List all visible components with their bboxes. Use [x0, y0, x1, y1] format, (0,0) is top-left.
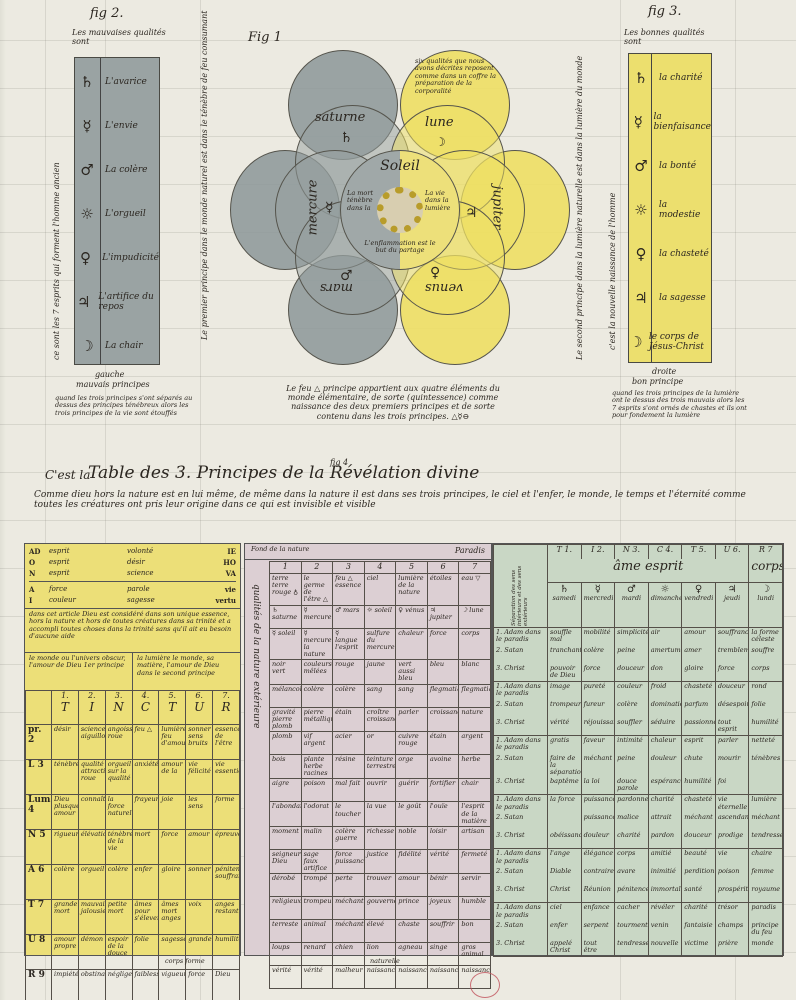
green-row: 1. Adam dans le paradisla forcepuissance… [494, 795, 783, 813]
pink-cell: chien [333, 943, 365, 966]
pink-cell: ☼ soleil [364, 605, 396, 628]
green-col-head: T 5. [682, 545, 716, 560]
green-cell: Christ [548, 885, 582, 903]
fig2-quality-row: ♄L'avarice [75, 72, 159, 92]
green-cell: intimité [615, 736, 649, 754]
pink-cell: mélancolie [270, 684, 302, 707]
mercury-icon: ☿ [629, 113, 648, 131]
pink-col-num: 7 [459, 562, 491, 574]
yellow-cell: négligence [105, 970, 132, 1000]
green-cell: venin [648, 921, 682, 939]
pink-cell: moment [270, 826, 302, 849]
yellow-row-label: N 5 [26, 830, 52, 865]
jupiter-icon: ♃ [465, 205, 478, 221]
fig2-quality-row: ☼L'orgueil [75, 204, 159, 224]
pink-col-num: 1 [270, 562, 302, 574]
yellow-cell: élévation [78, 830, 105, 865]
yellow-header-row: OespritdésirHO [29, 557, 236, 568]
pink-cell: argent [459, 731, 491, 754]
pink-cell: teinture terrestre [364, 754, 396, 778]
pink-title-left: Fond de la nature [251, 546, 309, 557]
pink-cell: bon [459, 920, 491, 943]
yellow-cell: sonner [186, 865, 213, 900]
fig2-quality-row: ♂La colère [75, 160, 159, 180]
manuscript-page: fig 2. Les mauvaises qualités sont ♄L'av… [0, 0, 796, 1000]
pink-row: terresteanimalméchantélevéchastesouffrir… [270, 920, 491, 943]
pink-row: aigrepoisonmal faitouvrirguérirfortifier… [270, 779, 491, 802]
pink-cell: terre terre rouge ♁ [270, 574, 302, 606]
yellow-cell: amour de la [159, 760, 186, 795]
pink-row: religieuxtrompeurméchantgouverneurprince… [270, 897, 491, 920]
sun-center-icon [377, 187, 423, 233]
fig2-quality-row: ☿L'envie [75, 116, 159, 136]
yellow-cell: humilité [213, 935, 240, 970]
pink-cell: ☽ lune [459, 605, 491, 628]
green-cell: méchant [749, 813, 783, 831]
pink-cell: trompé [301, 874, 333, 897]
green-cell: image [548, 682, 582, 700]
row-right: IE [214, 546, 236, 557]
yellow-cell: grande mort [52, 900, 79, 935]
green-cell: pardonner [615, 795, 649, 813]
yellow-cell: vie essentielle [213, 760, 240, 795]
yellow-cell: science aiguillon [78, 725, 105, 760]
green-cell: corps [749, 664, 783, 682]
pink-cell: l'ouïe [427, 802, 459, 826]
yellow-cell: amour [186, 830, 213, 865]
green-row: 3. Christappelé Christtout êtretendresse… [494, 939, 783, 957]
pink-cell: sulfure du mercure [364, 628, 396, 660]
green-cell: ascendant [715, 813, 749, 831]
pink-row: ♄ saturne☿ mercure♂ mars☼ soleil♀ vénus♃… [270, 605, 491, 628]
green-band-ame: âme esprit [548, 559, 749, 582]
fig2-foot-subtitle: mauvais principes [76, 380, 150, 389]
green-cell: méchant [682, 813, 716, 831]
green-cell: puissance [581, 795, 615, 813]
green-cell: douce parole [615, 777, 649, 795]
pink-cell: chair [459, 779, 491, 802]
green-cell: corps [615, 849, 649, 867]
pink-cell: l'odorat [301, 802, 333, 826]
green-cell [749, 777, 783, 795]
green-row-who: 1. Adam dans le paradis [494, 795, 548, 813]
green-cell: ténèbres [749, 754, 783, 777]
yellow-row-label: A 6 [26, 865, 52, 900]
green-cell: parfum [682, 700, 716, 718]
pink-row: momentmalincolère guerrerichessenobleloi… [270, 826, 491, 849]
pink-row: mélancoliecolèrecolèresangsangflegmatiqu… [270, 684, 491, 707]
pink-row: dérobétrompépertetrouveramourbénirservir [270, 874, 491, 897]
green-cell: charité [615, 831, 649, 849]
yellow-paragraph: dans cet article Dieu est considéré dans… [25, 608, 240, 652]
row-c2: parole [127, 584, 214, 595]
green-cell: pardon [648, 831, 682, 849]
pink-row: seigneur Dieusage faux artificeforce pui… [270, 849, 491, 873]
green-cell: peine [615, 646, 649, 664]
green-cell: force [581, 664, 615, 682]
green-row-who: 1. Adam dans le paradis [494, 903, 548, 921]
quality-label: la chasteté [653, 249, 709, 259]
pink-cell: singe [427, 943, 459, 966]
pink-cell: résine [333, 754, 365, 778]
green-cell: royaume [749, 885, 783, 903]
yellow-row: L 3ténèbrequalité attraction roueorgueil… [26, 760, 240, 795]
green-col-head: U 6. [715, 545, 749, 560]
green-cell: rond [749, 682, 783, 700]
pink-cell: le toucher [333, 802, 365, 826]
yellow-split-right: la lumière le monde, sa matière, l'amour… [132, 653, 240, 690]
green-cell: cacher [615, 903, 649, 921]
green-cell: réjouissance [581, 718, 615, 736]
pink-row: gravité pierre plombpierre métalliqueéta… [270, 707, 491, 731]
green-cell: Diable [548, 867, 582, 885]
green-day-head: ☼dimanche [648, 583, 682, 628]
green-cell: chasteté [682, 682, 716, 700]
yellow-cell: épreuve [213, 830, 240, 865]
green-cell: amitié [648, 849, 682, 867]
pink-cell: noble [396, 826, 428, 849]
green-cell: attrait [648, 813, 682, 831]
green-cell: tranchant [548, 646, 582, 664]
green-cell: fantaisie [682, 921, 716, 939]
green-table: Séparation des sens intérieurs et des se… [492, 543, 784, 956]
green-cell: baptême [548, 777, 582, 795]
yellow-cell: force [186, 970, 213, 1000]
pink-cell: vérité [301, 966, 333, 989]
green-row: 1. Adam dans le paradiscielenfancecacher… [494, 903, 783, 921]
yellow-cell: âmes mort anges [159, 900, 186, 935]
yellow-cell: impiété [52, 970, 79, 1000]
yellow-cell: orgueil [78, 865, 105, 900]
green-cell: tendresse [615, 939, 649, 957]
fig1-rosette-diagram: Soleil La mort ténèbre dans la La vie da… [230, 40, 540, 370]
pink-row: l'abondancel'odoratle toucherla vuele go… [270, 802, 491, 826]
green-cell: monde [749, 939, 783, 957]
fig4-intro: Comme dieu hors la nature est en lui mêm… [34, 490, 754, 511]
fig3-foot-title: droite [652, 367, 676, 376]
pink-cell: renard [301, 943, 333, 966]
green-cell: chasteté [682, 795, 716, 813]
green-cell: tout esprit [715, 718, 749, 736]
pink-cell: richesse [364, 826, 396, 849]
green-cell: domination [648, 700, 682, 718]
pink-footnote: naturelle [370, 958, 400, 965]
green-col-head: C 4. [648, 545, 682, 560]
yellow-col-head: 6.U [186, 691, 213, 725]
yellow-cell: qualité attraction roue [78, 760, 105, 795]
green-cell: lumière [749, 795, 783, 813]
fig3-quality-row: ☽le corps de Jésus-Christ [629, 332, 711, 352]
row-letter: O [29, 557, 49, 568]
green-cell: douceur [615, 664, 649, 682]
pink-cell: malin [301, 826, 333, 849]
pink-cell: colère [333, 684, 365, 707]
green-cell: élégance [581, 849, 615, 867]
venus-label: venus [425, 280, 463, 295]
pink-cell: sang [396, 684, 428, 707]
green-row-who: 1. Adam dans le paradis [494, 736, 548, 754]
jupiter-label: jupiter [490, 185, 505, 229]
green-cell: faire de la séparation [548, 754, 582, 777]
green-cell [548, 813, 582, 831]
green-cell: tremblement [715, 646, 749, 664]
sun-icon: ☼ [75, 205, 99, 223]
green-row: 3. Christobéissancedouleurcharitépardond… [494, 831, 783, 849]
row-letter: A [29, 584, 49, 595]
row-letter: N [29, 568, 49, 579]
green-cell: vie [715, 849, 749, 867]
saturn-icon: ♄ [75, 73, 99, 91]
green-cell: immortalité [648, 885, 682, 903]
mars-icon: ♂ [75, 161, 99, 179]
venus-icon: ♀ [629, 245, 653, 263]
pink-cell: gouverneur [364, 897, 396, 920]
green-row-who: 3. Christ [494, 664, 548, 682]
pink-cell: pierre métallique [301, 707, 333, 731]
pink-cell: amour [396, 874, 428, 897]
green-day-head: ♀vendredi [682, 583, 716, 628]
yellow-header-row: NespritscienceVA [29, 568, 236, 579]
fig3-good-qualities-bar: ♄la charité☿la bienfaisance♂la bonté☼la … [628, 53, 712, 363]
pink-cell: souffrir [427, 920, 459, 943]
green-cell: femme [749, 867, 783, 885]
yellow-cell: voix [186, 900, 213, 935]
pink-cell: terreste [270, 920, 302, 943]
yellow-row-label: T 7 [26, 900, 52, 935]
fig2-foot-title: gauche [95, 370, 124, 379]
pink-cell: chaleur [396, 628, 428, 660]
mercury-icon: ☿ [325, 200, 334, 216]
yellow-grid: 1.T2.I3.N4.C5.T6.U7.Rpr. 2désirscience a… [25, 690, 240, 1000]
pink-cell: croître croissance [364, 707, 396, 731]
green-cell: désespoir [715, 700, 749, 718]
pink-cell: lumière de la nature [396, 574, 428, 606]
yellow-cell: colère [105, 865, 132, 900]
row-c2: volonté [127, 546, 214, 557]
pink-cell: colère guerre [333, 826, 365, 849]
pink-col-num: 3 [333, 562, 365, 574]
green-cell: l'ange [548, 849, 582, 867]
green-cell: paradis [749, 903, 783, 921]
green-row-who: 2. Satan [494, 754, 548, 777]
row-c2: science [127, 568, 214, 579]
yellow-cell: vigueur [159, 970, 186, 1000]
fig2-quality-row: ♃L'artifice du repos [75, 292, 159, 312]
green-cell: charité [648, 795, 682, 813]
green-band-corps: corps [749, 559, 783, 582]
green-cell: couleur [615, 682, 649, 700]
library-stamp-icon [470, 972, 500, 998]
pink-cell: méchant [333, 897, 365, 920]
pink-cell: l'esprit de la matière [459, 802, 491, 826]
green-cell: appelé Christ [548, 939, 582, 957]
pink-cell: sage faux artifice [301, 849, 333, 873]
yellow-cell: Dieu [213, 970, 240, 1000]
pink-cell: or [364, 731, 396, 754]
green-row-who: 2. Satan [494, 921, 548, 939]
fig2-bad-qualities-bar: ♄L'avarice☿L'envie♂La colère☼L'orgueil♀L… [74, 57, 160, 365]
quality-label: La chair [99, 341, 143, 351]
fig2-side-note: ce sont les 7 esprits qui forment l'homm… [52, 140, 61, 360]
green-cell: trompeur [548, 700, 582, 718]
green-day-head: ☿mercredi [581, 583, 615, 628]
pink-cell: fidélité [396, 849, 428, 873]
green-row: 2. Satanpuissancemaliceattraitméchantasc… [494, 813, 783, 831]
quality-label: la bonté [653, 161, 696, 171]
yellow-col-head: 3.N [105, 691, 132, 725]
mars-icon: ♂ [340, 268, 353, 284]
green-cell: amertume [648, 646, 682, 664]
green-cell: simplicité [615, 628, 649, 646]
green-cell: fureur [581, 700, 615, 718]
pink-cell: blanc [459, 660, 491, 684]
green-cell: chaire [749, 849, 783, 867]
pink-cell: eau ▽ [459, 574, 491, 606]
pink-cell: nature [459, 707, 491, 731]
mercure-label: mercure [305, 180, 320, 236]
yellow-cell: forme [213, 795, 240, 830]
pink-cell: religieux [270, 897, 302, 920]
green-cell: douceur [682, 831, 716, 849]
yellow-cell: mort [132, 830, 159, 865]
pink-cell: ♃ jupiter [427, 605, 459, 628]
yellow-row: R 9impiétéobstinationnégligencefaiblesse… [26, 970, 240, 1000]
yellow-header-row: ADespritvolontéIE [29, 546, 236, 557]
pink-cell: bleu [427, 660, 459, 684]
yellow-cell: gloire [159, 865, 186, 900]
pink-cell: animal [301, 920, 333, 943]
pink-cell: gravité pierre plomb [270, 707, 302, 731]
pink-cell: herbe [459, 754, 491, 778]
yellow-col-head: 5.T [159, 691, 186, 725]
yellow-cell: les sens [186, 795, 213, 830]
pink-cell: l'abondance [270, 802, 302, 826]
pink-cell: étain [333, 707, 365, 731]
pink-cell: guérir [396, 779, 428, 802]
row-c2: désir [127, 557, 214, 568]
green-day-head: ☽lundi [749, 583, 783, 628]
green-row-who: 1. Adam dans le paradis [494, 628, 548, 646]
pink-cell: perte [333, 874, 365, 897]
pink-cell: naissance [396, 966, 428, 989]
pink-cell: plomb [270, 731, 302, 754]
yellow-header-row: Icouleursagessevertu [29, 595, 236, 606]
pink-cell: le goût [396, 802, 428, 826]
pink-cell: plante herbe racines [301, 754, 333, 778]
yellow-cell: démon [78, 935, 105, 970]
pink-grid: 1234567terre terre rouge ♁le germe de l'… [269, 561, 491, 989]
moon-icon: ☽ [629, 333, 643, 351]
green-cell: vie éternelle [715, 795, 749, 813]
soleil-right-text: La vie dans la lumière [425, 190, 457, 212]
fig3-foot-subtitle: bon principe [632, 377, 683, 386]
green-cell: humilité [749, 718, 783, 736]
green-cell: champs [715, 921, 749, 939]
green-cell: faveur [581, 736, 615, 754]
yellow-row-label: L 3 [26, 760, 52, 795]
green-row: 3. Christpouvoir de Dieuforcedouceurdong… [494, 664, 783, 682]
row-right: vie [214, 584, 236, 595]
quality-label: la charité [653, 73, 702, 83]
green-cell: humilité [682, 777, 716, 795]
green-cell: obéissance [548, 831, 582, 849]
yellow-cell: pénitence souffrance [213, 865, 240, 900]
pink-cell: avoine [427, 754, 459, 778]
yellow-cell: connaître [78, 795, 105, 830]
yellow-cell: frayeur [132, 795, 159, 830]
row-c1: esprit [49, 568, 127, 579]
yellow-footnote: corps forme [165, 958, 205, 965]
yellow-cell: petite mort [105, 900, 132, 935]
pink-cell: naissance [427, 966, 459, 989]
green-cell: douleur [648, 754, 682, 777]
green-cell: tendresse [749, 831, 783, 849]
fig3-foot-note: quand les trois principes de la lumière … [612, 390, 747, 420]
fig1-left-vertical: Le premier principe dans le monde nature… [200, 110, 209, 340]
yellow-cell: rigueur [52, 830, 79, 865]
green-cell: chaleur [648, 736, 682, 754]
green-cell: tourment [615, 921, 649, 939]
pink-cell: chaste [396, 920, 428, 943]
venus-icon: ♀ [75, 249, 96, 267]
yellow-cell: mauvaise jalousie [78, 900, 105, 935]
yellow-cell: âmes pour s'élever [132, 900, 159, 935]
yellow-cell: folie [132, 935, 159, 970]
soleil-bottom-text: L'enflammation est le but du partage [360, 240, 440, 255]
pink-cell: ciel [364, 574, 396, 606]
yellow-cell: enfer [132, 865, 159, 900]
pink-cell: force [427, 628, 459, 660]
yellow-col-head: 2.I [78, 691, 105, 725]
venus-icon: ♀ [430, 265, 440, 281]
soleil-title: Soleil [355, 158, 445, 174]
pink-col-num: 6 [427, 562, 459, 574]
green-cell: beauté [682, 849, 716, 867]
pink-cell: orge [396, 754, 428, 778]
green-cell: contraire [581, 867, 615, 885]
saturne-label: saturne [315, 110, 365, 125]
pink-cell: loisir [427, 826, 459, 849]
pink-cell: flegmatique [459, 684, 491, 707]
green-row-who: 1. Adam dans le paradis [494, 849, 548, 867]
pink-cell: flegmatique [427, 684, 459, 707]
yellow-cell: angoisse roue [105, 725, 132, 760]
yellow-cell: lumière feu d'amour [159, 725, 186, 760]
jupiter-icon: ♃ [75, 293, 92, 311]
pink-cell: loups [270, 943, 302, 966]
sun-icon: ☼ [629, 201, 653, 219]
yellow-cell: joie [159, 795, 186, 830]
green-col-head: T 1. [548, 545, 582, 560]
green-cell: peine [615, 754, 649, 777]
green-cell: esprit [682, 736, 716, 754]
row-c1: esprit [49, 546, 127, 557]
green-row: 1. Adam dans le paradissouffle malmobili… [494, 628, 783, 646]
green-cell: ciel [548, 903, 582, 921]
pink-row: boisplante herbe racinesrésineteinture t… [270, 754, 491, 778]
yellow-cell: espoir de la douce [105, 935, 132, 970]
green-cell: netteté [749, 736, 783, 754]
green-cell: enfance [581, 903, 615, 921]
green-cell: puissance [581, 813, 615, 831]
green-cell: vérité [548, 718, 582, 736]
yellow-row: pr. 2désirscience aiguillonangoisse roue… [26, 725, 240, 760]
green-cell: chute [682, 754, 716, 777]
pink-cell: fortifier [427, 779, 459, 802]
pink-row: plombvif argentacierorcuivre rougeétaina… [270, 731, 491, 754]
pink-col-num: 4 [364, 562, 396, 574]
yellow-row: Lum 4Dieu plusque amourconnaîtrela force… [26, 795, 240, 830]
